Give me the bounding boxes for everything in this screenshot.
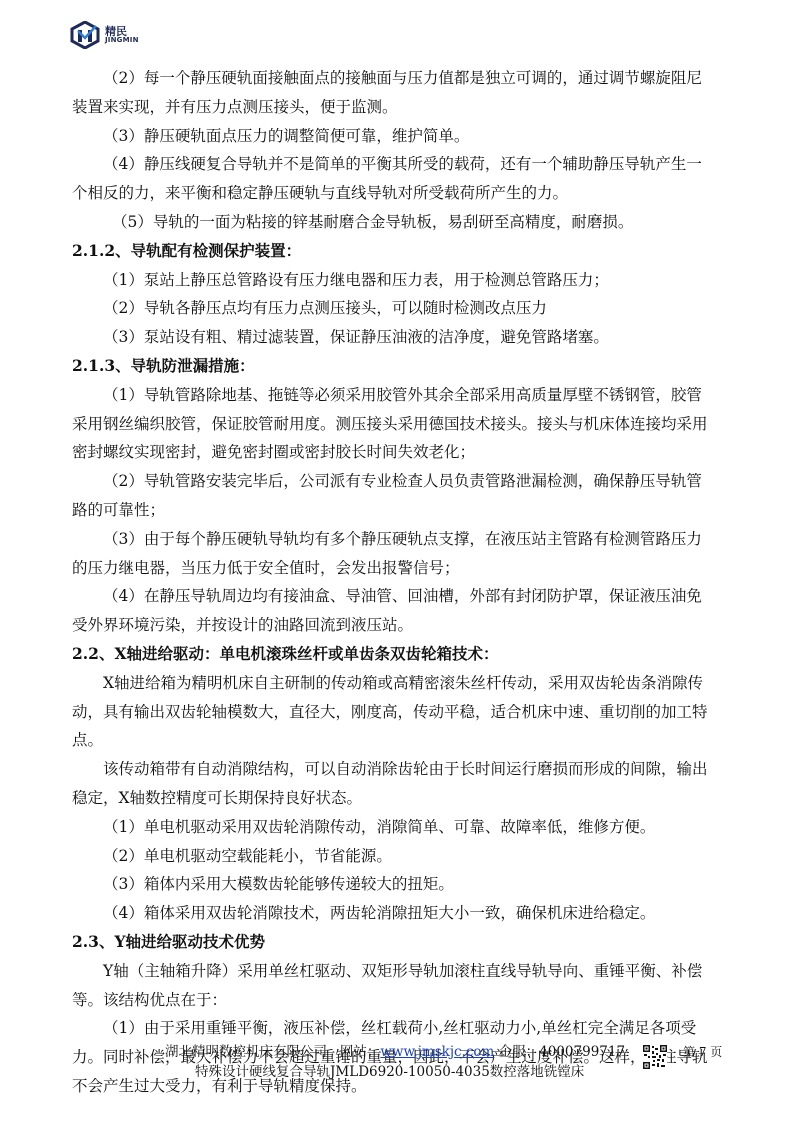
- paragraph-line: （1）导轨管路除地基、拖链等必须采用胶管外其余全部采用高质量厚壁不锈钢管，胶管: [72, 381, 732, 410]
- paragraph-line: 等。该结构优点在于：: [72, 986, 732, 1015]
- paragraph-line: （3）由于每个静压硬轨导轨均有多个静压硬轨点支撑，在液压站主管路有检测管路压力: [72, 525, 732, 554]
- paragraph-line: （2）单电机驱动空载能耗小，节省能源。: [72, 842, 732, 871]
- document-title: 特殊设计硬线复合导轨JMLD6920-10050-4035数控落地铣镗床: [195, 1063, 584, 1082]
- paragraph-line: （3）静压硬轨面点压力的调整简便可靠，维护简单。: [72, 122, 732, 151]
- website-label: 网站：: [340, 1044, 381, 1060]
- paragraph-line: （4）在静压导轨周边均有接油盒、导油管、回油槽，外部有封闭防护罩，保证液压油免: [72, 582, 732, 611]
- jingmin-logo-icon: [70, 21, 100, 49]
- paragraph-line: 装置来实现，并有压力点测压接头，便于监测。: [72, 93, 732, 122]
- paragraph-line: （3）箱体内采用大模数齿轮能够传递较大的扭矩。: [72, 870, 732, 899]
- paragraph-line: 动，具有输出双齿轮轴模数大，直径大，刚度高，传动平稳，适合机床中速、重切削的加工…: [72, 698, 732, 727]
- website-link[interactable]: www.jmskjc.com: [380, 1044, 494, 1060]
- paragraph-line: （5）导轨的一面为粘接的锌基耐磨合金导轨板，易刮研至高精度，耐磨损。: [72, 208, 732, 237]
- company-logo: 精民 JINGMIN: [70, 20, 139, 50]
- section-heading: 2.1.2、导轨配有检测保护装置：: [72, 237, 732, 266]
- paragraph-line: （1）单电机驱动采用双齿轮消隙传动，消隙简单、可靠、故障率低，维修方便。: [72, 813, 732, 842]
- document-body: （2）每一个静压硬轨面接触面点的接触面与压力值都是独立可调的，通过调节螺旋阻尼 …: [72, 64, 732, 1101]
- section-heading: 2.1.3、导轨防泄漏措施：: [72, 352, 732, 381]
- paragraph-line: （2）每一个静压硬轨面接触面点的接触面与压力值都是独立可调的，通过调节螺旋阻尼: [72, 64, 732, 93]
- paragraph-line: （4）箱体采用双齿轮消隙技术，两齿轮消隙扭矩大小一致，确保机床进给稳定。: [72, 899, 732, 928]
- paragraph-line: （1）由于采用重锤平衡，液压补偿，丝杠载荷小,丝杠驱动力小,单丝杠完全满足各项受: [72, 1014, 732, 1043]
- paragraph-line: 个相反的力，来平衡和稳定静压硬轨与直线导轨对所受载荷所产生的力。: [72, 179, 732, 208]
- paragraph-line: X轴进给箱为精明机床自主研制的传动箱或高精密滚朱丝杆传动，采用双齿轮齿条消隙传: [72, 669, 732, 698]
- section-heading: 2.3、Y轴进给驱动技术优势: [72, 928, 732, 957]
- paragraph-line: 的压力继电器，当压力低于安全值时，会发出报警信号；: [72, 554, 732, 583]
- paragraph-line: （2）导轨各静压点均有压力点测压接头，可以随时检测改点压力: [72, 294, 732, 323]
- service-phone: 4000799717: [539, 1044, 625, 1060]
- service-label: 企服：: [499, 1044, 540, 1060]
- paragraph-line: 路的可靠性；: [72, 496, 732, 525]
- paragraph-line: 该传动箱带有自动消隙结构，可以自动消除齿轮由于长时间运行磨损而形成的间隙，输出: [72, 755, 732, 784]
- section-heading: 2.2、X轴进给驱动：单电机滚珠丝杆或单齿条双齿轮箱技术：: [72, 640, 732, 669]
- paragraph-line: 点。: [72, 726, 732, 755]
- paragraph-line: （3）泵站设有粗、精过滤装置，保证静压油液的洁净度，避免管路堵塞。: [72, 323, 732, 352]
- company-name: 湖北精明数控机床有限公司: [165, 1044, 327, 1060]
- paragraph-line: （2）导轨管路安装完毕后，公司派有专业检查人员负责管路泄漏检测，确保静压导轨管: [72, 467, 732, 496]
- paragraph-line: 稳定，X轴数控精度可长期保持良好状态。: [72, 784, 732, 813]
- qr-code-icon: [643, 1045, 667, 1069]
- page-number: 第 7 页: [683, 1043, 722, 1062]
- paragraph-line: （4）静压线硬复合导轨并不是简单的平衡其所受的载荷，还有一个辅助静压导轨产生一: [72, 150, 732, 179]
- paragraph-line: （1）泵站上静压总管路设有压力继电器和压力表，用于检测总管路压力；: [72, 266, 732, 295]
- paragraph-line: 受外界环境污染，并按设计的油路回流到液压站。: [72, 611, 732, 640]
- paragraph-line: Y轴（主轴箱升降）采用单丝杠驱动、双矩形导轨加滚柱直线导轨导向、重锤平衡、补偿: [72, 957, 732, 986]
- paragraph-line: 采用钢丝编织胶管，保证胶管耐用度。测压接头采用德国技术接头。接头与机床体连接均采…: [72, 410, 732, 439]
- paragraph-line: 密封螺纹实现密封，避免密封圈或密封胶长时间失效老化；: [72, 438, 732, 467]
- logo-english-name: JINGMIN: [105, 37, 139, 44]
